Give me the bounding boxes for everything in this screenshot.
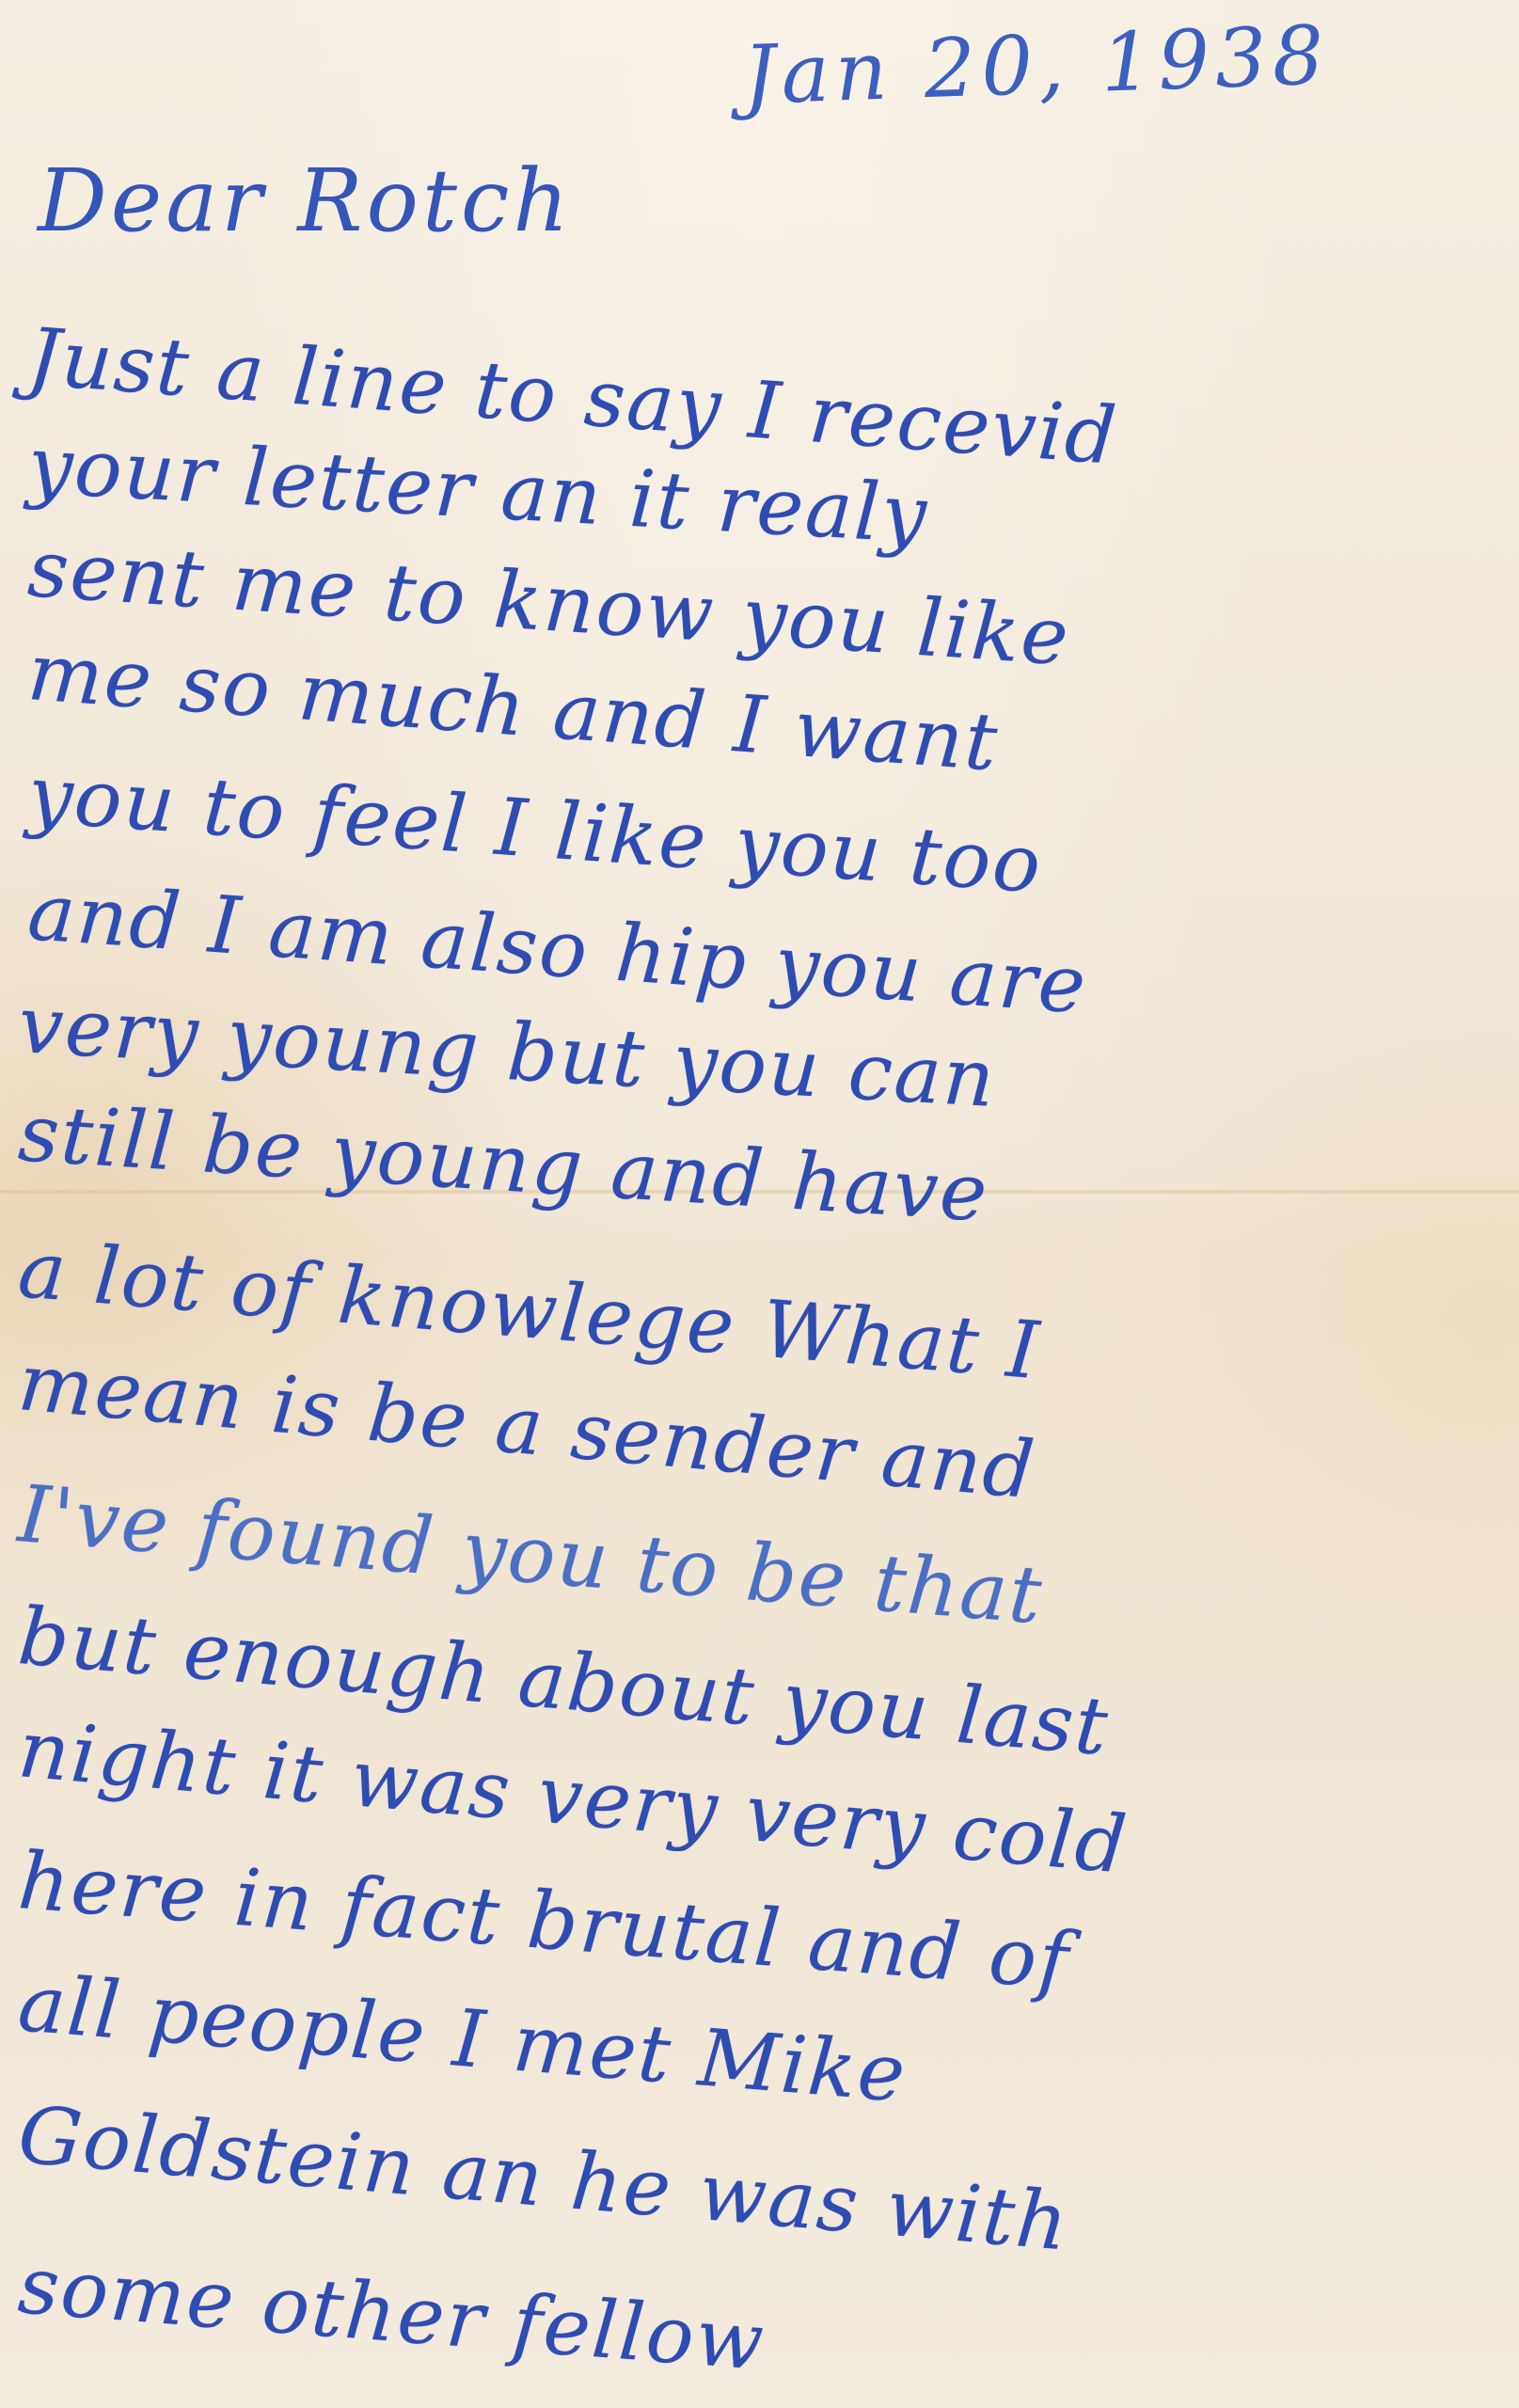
letter-salutation: Dear Rotch xyxy=(38,150,573,251)
